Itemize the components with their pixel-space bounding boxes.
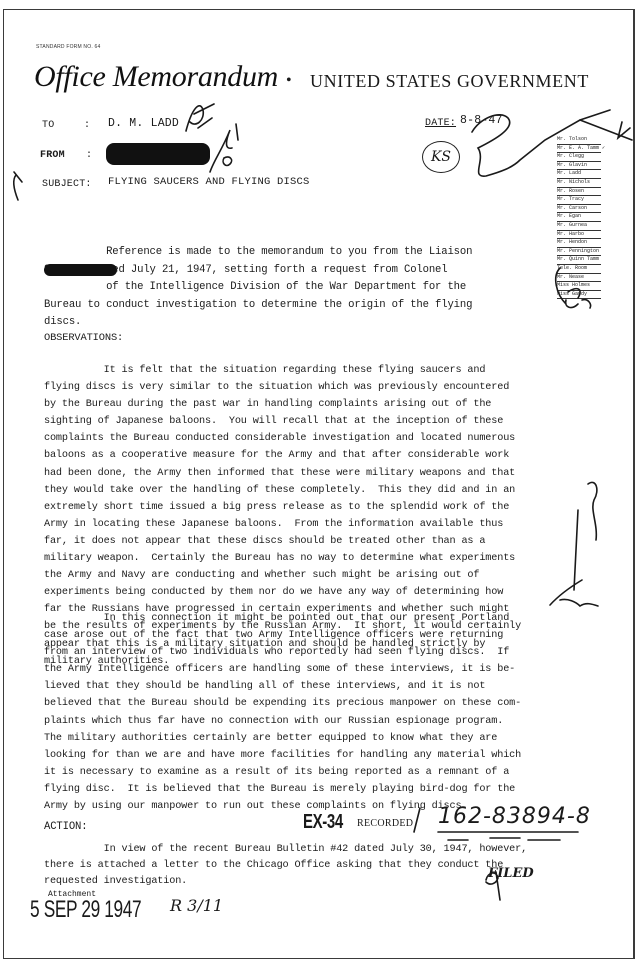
text-line: flying disc. It is believed that the Bur… [44,781,564,798]
redacted-colonel-name [44,264,117,276]
date-label: DATE: [425,118,456,129]
text-line: there is attached a letter to the Chicag… [44,858,564,874]
to-separator: : [84,120,90,131]
text-line: far, it does not appear that these discs… [44,533,564,550]
text-line: discs. [44,314,564,332]
filed-date-stamp: 5 SEP 29 1947 [30,896,141,924]
ex-stamp: EX-34 [303,811,343,834]
routing-slip-entry: Mr. Tolson [557,136,601,145]
text-line: believed that the Bureau should be expen… [44,695,564,712]
text-line: Reference is made to the memorandum to y… [44,244,564,262]
observations-paragraph-2: In this connection it might be pointed o… [44,610,564,815]
text-line: from an interview of two individuals who… [44,644,564,661]
text-line: complaints the Bureau conducted consider… [44,430,564,447]
text-line: they would take over the handling of the… [44,482,564,499]
text-line: It is felt that the situation regarding … [44,362,564,379]
routing-slip-entry: Mr. Glavin [557,162,601,171]
text-line: Section dated July 21, 1947, setting for… [44,262,564,280]
memo-title: Office Memorandum [34,60,278,94]
text-line: extremely short time issued a big press … [44,499,564,516]
text-line: looking for than we are and have more fa… [44,747,564,764]
text-line: military weapon. Certainly the Bureau ha… [44,550,564,567]
text-line: sighting of Japanese baloons. You will r… [44,413,564,430]
routing-slip-entry: Mr. Clegg [557,153,601,162]
date-value: 8-8-47 [460,114,503,127]
text-line: In this connection it might be pointed o… [44,610,564,627]
subject-value: FLYING SAUCERS AND FLYING DISCS [108,176,310,188]
routing-slip-entry: Mr. Gurnea [557,222,601,231]
text-line: had been done, the Army then informed th… [44,465,564,482]
text-line: the Army and Navy are conducting and whe… [44,567,564,584]
text-line: lieved that they should be handling all … [44,678,564,695]
routing-slip-entry: Mr. Carson [557,205,601,214]
text-line: Army in locating these Japanese baloons.… [44,516,564,533]
text-line: case arose out of the fact that two Army… [44,627,564,644]
text-line: The military authorities certainly are b… [44,730,564,747]
text-line: In view of the recent Bureau Bulletin #4… [44,842,564,858]
text-line: baloons as a cooperative measure for the… [44,447,564,464]
text-line: the Army Intelligence officers are handl… [44,661,564,678]
routing-slip-entry: Mr. Egan [557,213,601,222]
file-number-stamp: 162-83894-8 [438,804,591,829]
intro-paragraph: Reference is made to the memorandum to y… [44,244,564,332]
routing-slip-entry: Mr. Ladd [557,170,601,179]
filed-mark: FILED [488,866,534,881]
subject-label: SUBJECT: [42,179,92,190]
observations-heading: OBSERVATIONS: [44,330,564,348]
form-number: STANDARD FORM NO. 64 [36,44,100,50]
routing-slip-entry: Mr. Tracy [557,196,601,205]
routing-slip-entry: Mr. Nichols [557,179,601,188]
from-separator: : [86,150,92,161]
text-line: it is necessary to examine as a result o… [44,764,564,781]
text-line: Bureau to conduct investigation to deter… [44,297,564,315]
text-line: flying discs is very similar to the situ… [44,379,564,396]
routing-slip-entry: Mr. E. A. Tamm ✓ [557,145,601,154]
issuing-government: UNITED STATES GOVERNMENT [310,71,589,92]
initials-circle: KS [422,141,460,173]
text-line: requested investigation. [44,874,564,890]
action-paragraph: In view of the recent Bureau Bulletin #4… [44,842,564,890]
text-line: experiments being conducted by them nor … [44,584,564,601]
recorded-stamp: RECORDED [357,818,413,829]
redacted-from-name [106,143,210,165]
routing-slip-entry: Mr. Rosen [557,188,601,197]
to-label: TO [42,120,54,131]
bottom-initials: R 3/11 [170,896,223,915]
text-line: of the Intelligence Division of the War … [44,279,564,297]
text-line: by the Bureau during the past war in han… [44,396,564,413]
to-value: D. M. LADD [108,117,179,130]
title-separator: • [286,72,292,90]
from-label: FROM [40,150,65,161]
text-line: plaints which thus far have no connectio… [44,713,564,730]
routing-slip-entry: Mr. Harbo [557,231,601,240]
